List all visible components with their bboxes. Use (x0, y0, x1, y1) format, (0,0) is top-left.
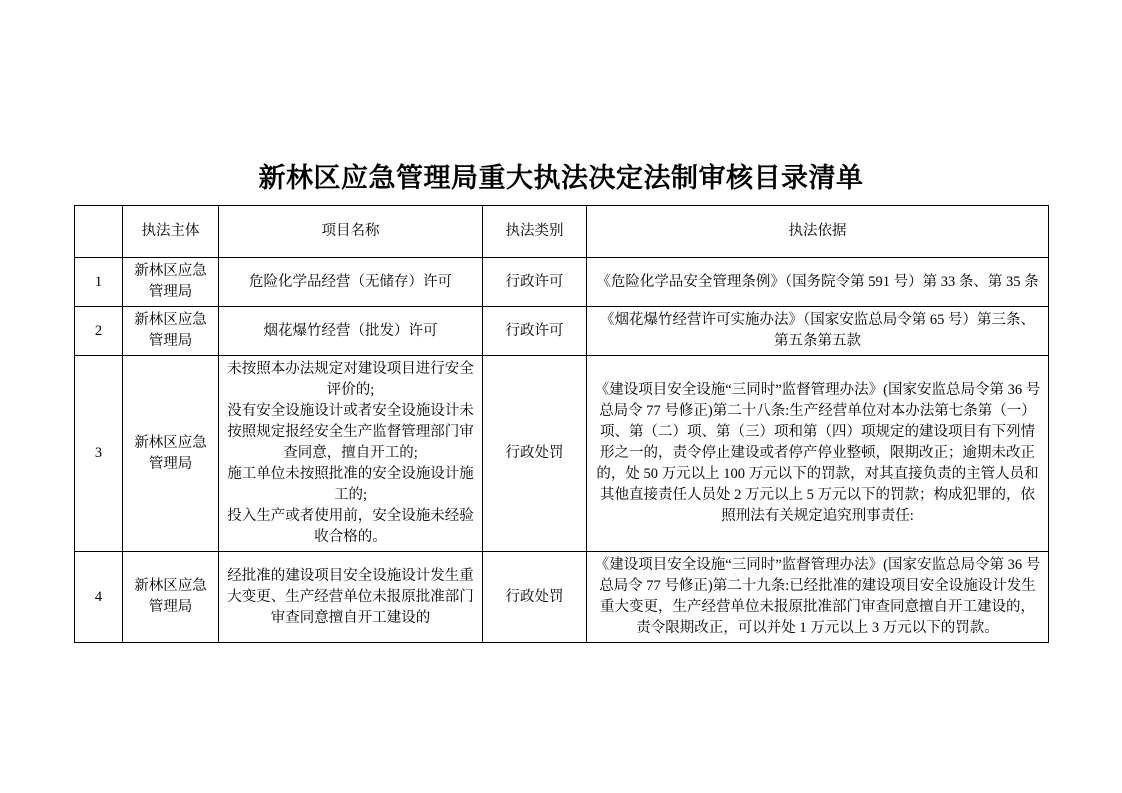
table-row: 2 新林区应急管理局 烟花爆竹经营（批发）许可 行政许可 《烟花爆竹经营许可实施… (75, 307, 1049, 356)
cell-subject: 新林区应急管理局 (123, 356, 219, 552)
cell-basis: 《建设项目安全设施“三同时”监督管理办法》(国家安监总局令第 36 号总局令 7… (587, 552, 1049, 643)
table-row: 3 新林区应急管理局 未按照本办法规定对建设项目进行安全评价的; 没有安全设施设… (75, 356, 1049, 552)
cell-index: 2 (75, 307, 123, 356)
cell-project: 烟花爆竹经营（批发）许可 (219, 307, 483, 356)
header-basis: 执法依据 (587, 206, 1049, 258)
header-subject: 执法主体 (123, 206, 219, 258)
cell-index: 4 (75, 552, 123, 643)
review-catalog-table: 执法主体 项目名称 执法类别 执法依据 1 新林区应急管理局 危险化学品经营（无… (74, 205, 1049, 643)
page-title: 新林区应急管理局重大执法决定法制审核目录清单 (0, 0, 1122, 194)
header-index (75, 206, 123, 258)
header-project: 项目名称 (219, 206, 483, 258)
table-row: 1 新林区应急管理局 危险化学品经营（无储存）许可 行政许可 《危险化学品安全管… (75, 258, 1049, 307)
cell-category: 行政许可 (483, 307, 587, 356)
cell-basis: 《建设项目安全设施“三同时”监督管理办法》(国家安监总局令第 36 号总局令 7… (587, 356, 1049, 552)
cell-index: 1 (75, 258, 123, 307)
table-row: 4 新林区应急管理局 经批准的建设项目安全设施设计发生重大变更、生产经营单位未报… (75, 552, 1049, 643)
cell-category: 行政许可 (483, 258, 587, 307)
cell-project: 危险化学品经营（无储存）许可 (219, 258, 483, 307)
cell-subject: 新林区应急管理局 (123, 552, 219, 643)
cell-basis: 《危险化学品安全管理条例》（国务院令第 591 号）第 33 条、第 35 条 (587, 258, 1049, 307)
header-row: 执法主体 项目名称 执法类别 执法依据 (75, 206, 1049, 258)
document-page: 新林区应急管理局重大执法决定法制审核目录清单 执法主体 项目名称 执法类别 执法… (0, 0, 1122, 793)
header-category: 执法类别 (483, 206, 587, 258)
cell-subject: 新林区应急管理局 (123, 258, 219, 307)
cell-basis: 《烟花爆竹经营许可实施办法》（国家安监总局令第 65 号）第三条、第五条第五款 (587, 307, 1049, 356)
cell-project: 未按照本办法规定对建设项目进行安全评价的; 没有安全设施设计或者安全设施设计未按… (219, 356, 483, 552)
cell-subject: 新林区应急管理局 (123, 307, 219, 356)
cell-project: 经批准的建设项目安全设施设计发生重大变更、生产经营单位未报原批准部门审查同意擅自… (219, 552, 483, 643)
cell-category: 行政处罚 (483, 552, 587, 643)
cell-category: 行政处罚 (483, 356, 587, 552)
cell-index: 3 (75, 356, 123, 552)
